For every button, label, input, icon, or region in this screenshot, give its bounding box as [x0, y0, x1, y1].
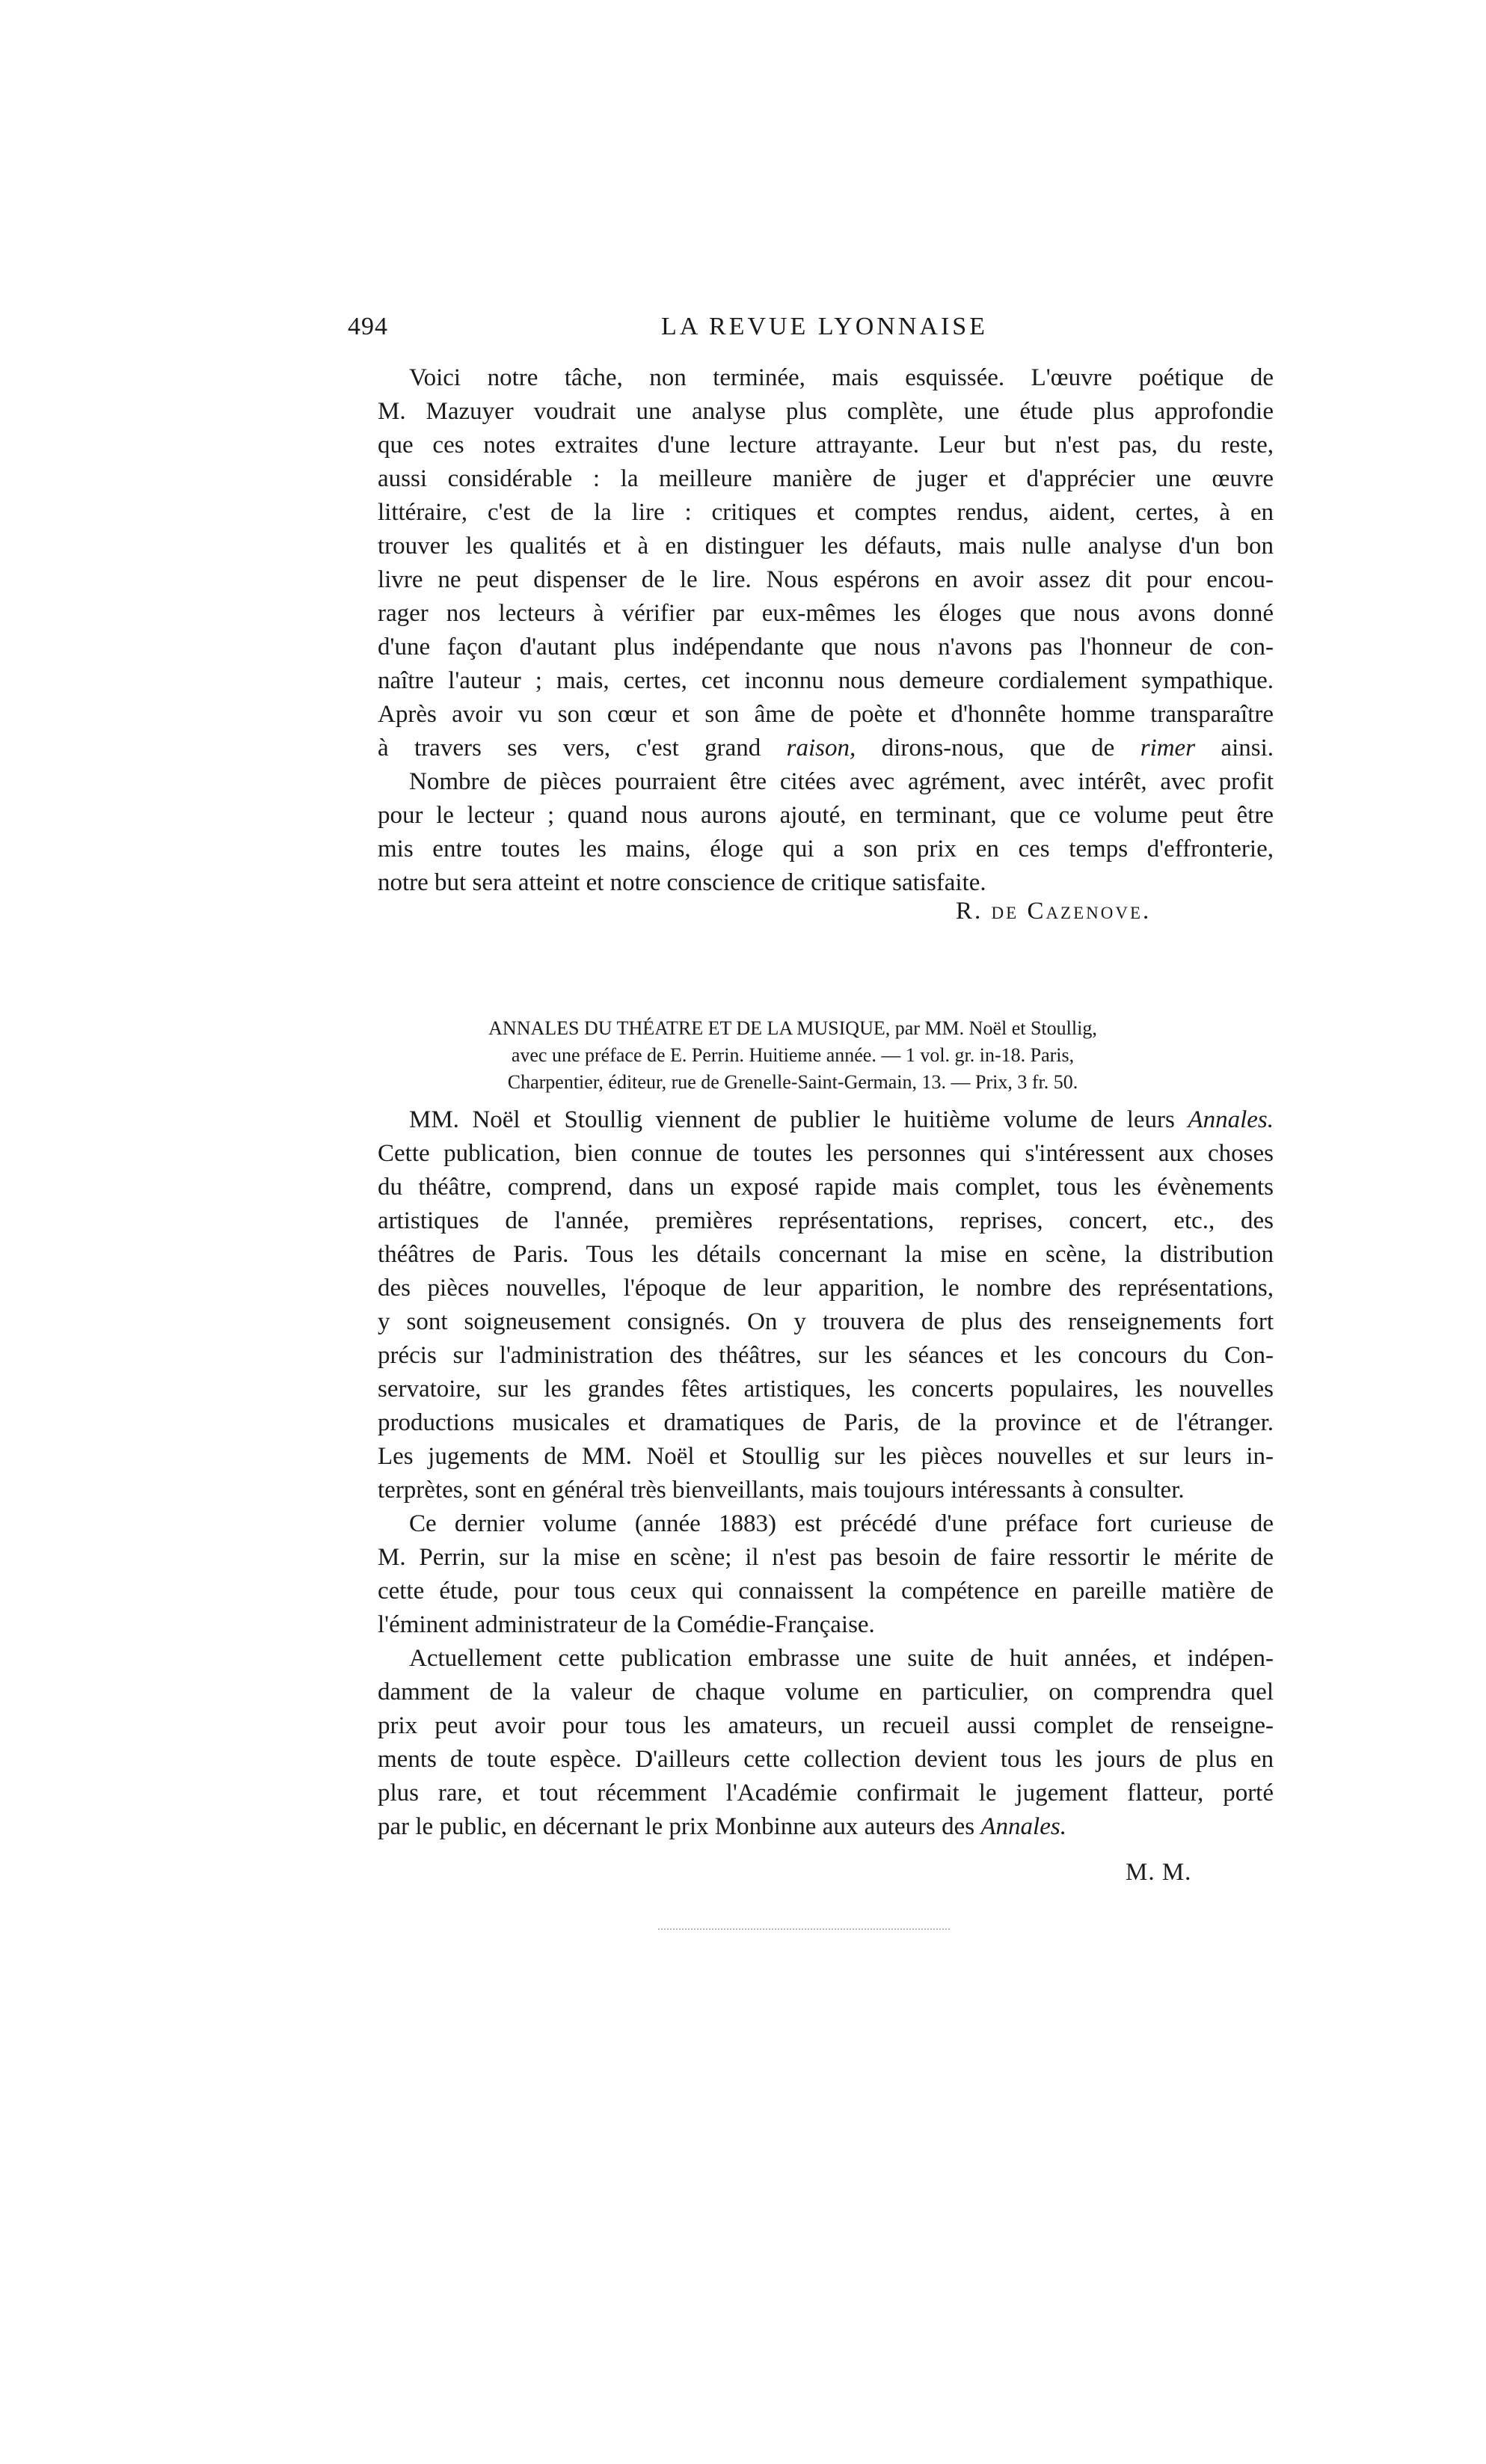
text-line: mis entre toutes les mains, éloge qui a … [378, 833, 1274, 866]
text-line: livre ne peut dispenser de le lire. Nous… [378, 563, 1274, 597]
review-2-paragraph-3: Actuellement cette publication embrasse … [378, 1642, 1274, 1844]
journal-title: LA REVUE LYONNAISE [348, 313, 1271, 341]
text-line: prix peut avoir pour tous les amateurs, … [378, 1709, 1274, 1743]
text-line: théâtres de Paris. Tous les détails conc… [378, 1238, 1274, 1272]
review-1-paragraph-2: Nombre de pièces pourraient être citées … [378, 765, 1274, 900]
review-2-paragraph-2: Ce dernier volume (année 1883) est précé… [378, 1507, 1274, 1642]
italic-word: raison, [787, 735, 856, 761]
text-line: du théâtre, comprend, dans un exposé rap… [378, 1171, 1274, 1204]
text-line: à travers ses vers, c'est grand raison, … [378, 732, 1274, 765]
text-line: trouver les qualités et à en distinguer … [378, 530, 1274, 563]
text-run: ainsi. [1221, 735, 1274, 761]
signature-r-de-cazenove: R. de Cazenove. [956, 898, 1151, 925]
text-line: y sont soigneusement consignés. On y tro… [378, 1305, 1274, 1339]
text-line: par le public, en décernant le prix Monb… [378, 1810, 1274, 1844]
text-line: ments de toute espèce. D'ailleurs cette … [378, 1743, 1274, 1777]
text-line: Voici notre tâche, non terminée, mais es… [378, 361, 1274, 395]
text-line: artistiques de l'année, premières représ… [378, 1204, 1274, 1238]
text-line: des pièces nouvelles, l'époque de leur a… [378, 1272, 1274, 1305]
text-line: notre but sera atteint et notre conscien… [378, 866, 1274, 900]
text-line: que ces notes extraites d'une lecture at… [378, 429, 1274, 462]
text-line: pour le lecteur ; quand nous aurons ajou… [378, 799, 1274, 833]
text-line: précis sur l'administration des théâtres… [378, 1339, 1274, 1373]
text-line: Actuellement cette publication embrasse … [378, 1642, 1274, 1676]
review-2-paragraph-1: MM. Noël et Stoullig viennent de publier… [378, 1103, 1274, 1507]
signature-particle: de [992, 898, 1019, 925]
text-line: plus rare, et tout récemment l'Académie … [378, 1777, 1274, 1810]
text-run: à travers ses vers, c'est grand [378, 735, 761, 761]
bibliography-line: Charpentier, éditeur, rue de Grenelle-Sa… [404, 1069, 1182, 1096]
text-line: naître l'auteur ; mais, certes, cet inco… [378, 664, 1274, 698]
text-line: l'éminent administrateur de la Comédie-F… [378, 1608, 1274, 1642]
text-line: MM. Noël et Stoullig viennent de publier… [378, 1103, 1274, 1137]
signature-surname: Cazenove. [1027, 898, 1151, 925]
text-run: MM. Noël et Stoullig viennent de publier… [409, 1106, 1175, 1133]
text-line: aussi considérable : la meilleure manièr… [378, 462, 1274, 496]
italic-title: Annales. [980, 1813, 1066, 1840]
text-line: cette étude, pour tous ceux qui connaiss… [378, 1575, 1274, 1608]
italic-word: rimer [1140, 735, 1195, 761]
text-line: M. Mazuyer voudrait une analyse plus com… [378, 395, 1274, 429]
text-run: dirons-nous, que de [882, 735, 1115, 761]
text-line: rager nos lecteurs à vérifier par eux-mê… [378, 597, 1274, 631]
text-line: Après avoir vu son cœur et son âme de po… [378, 698, 1274, 732]
text-line: M. Perrin, sur la mise en scène; il n'es… [378, 1541, 1274, 1575]
review-1-paragraph-1: Voici notre tâche, non terminée, mais es… [378, 361, 1274, 765]
text-line: productions musicales et dramatiques de … [378, 1406, 1274, 1440]
bibliographic-entry: ANNALES DU THÉATRE ET DE LA MUSIQUE, par… [404, 1015, 1182, 1096]
text-line: Ce dernier volume (année 1883) est précé… [378, 1507, 1274, 1541]
text-line: damment de la valeur de chaque volume en… [378, 1676, 1274, 1709]
section-divider [658, 1928, 950, 1930]
text-line: servatoire, sur les grandes fêtes artist… [378, 1373, 1274, 1406]
text-line: Cette publication, bien connue de toutes… [378, 1137, 1274, 1171]
text-line: Les jugements de MM. Noël et Stoullig su… [378, 1440, 1274, 1474]
bibliography-line: ANNALES DU THÉATRE ET DE LA MUSIQUE, par… [404, 1015, 1182, 1042]
text-line: d'une façon d'autant plus indépendante q… [378, 631, 1274, 664]
signature-m-m: M. M. [1126, 1859, 1191, 1887]
italic-title: Annales. [1188, 1106, 1274, 1133]
signature-initial: R. [956, 898, 983, 925]
text-line: Nombre de pièces pourraient être citées … [378, 765, 1274, 799]
running-head: 494 LA REVUE LYONNAISE [348, 313, 1271, 346]
text-line: terprètes, sont en général très bienveil… [378, 1474, 1274, 1507]
bibliography-line: avec une préface de E. Perrin. Huitieme … [404, 1042, 1182, 1069]
text-run: par le public, en décernant le prix Monb… [378, 1813, 974, 1840]
document-page: 494 LA REVUE LYONNAISE Voici notre tâche… [0, 0, 1486, 2464]
text-line: littéraire, c'est de la lire : critiques… [378, 496, 1274, 530]
